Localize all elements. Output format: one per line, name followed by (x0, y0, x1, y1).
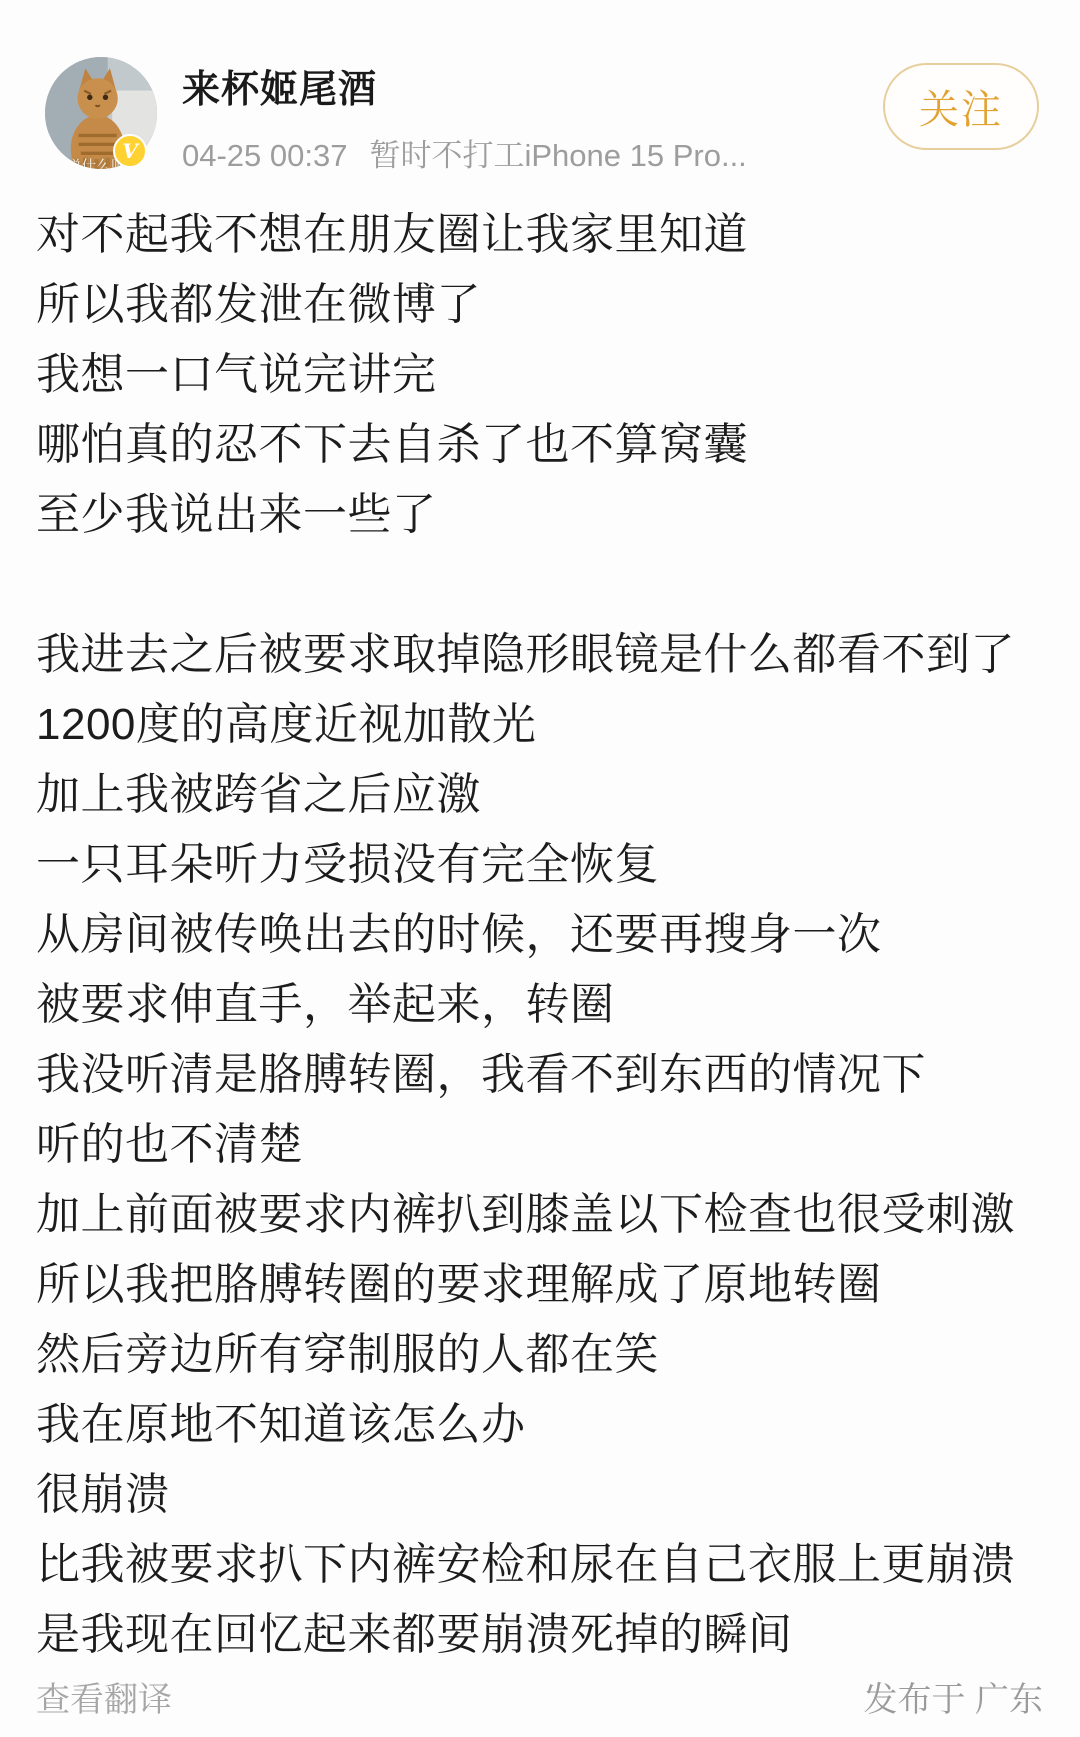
post-text-line: 是我现在回忆起来都要崩溃死掉的瞬间 (36, 1604, 1050, 1674)
posted-from-location: 发布于 广东 (864, 1672, 1043, 1721)
weibo-post: 说什么呢 V 来杯姬尾酒 04-25 00:37暂时不打工iPhone 15 P… (0, 0, 1080, 1737)
post-text-line: 从房间被传唤出去的时候，还要再搜身一次 (36, 904, 1050, 974)
post-text-line: 听的也不清楚 (36, 1114, 1050, 1184)
post-footer: 查看翻译 发布于 广东 (36, 1672, 1043, 1721)
verified-badge-letter: V (122, 139, 138, 163)
verified-badge-icon: V (113, 134, 147, 168)
post-text-line: 比我被要求扒下内裤安检和尿在自己衣服上更崩溃 (36, 1534, 1050, 1604)
post-meta: 04-25 00:37暂时不打工iPhone 15 Pro... (182, 130, 747, 175)
post-text-line: 我在原地不知道该怎么办 (36, 1394, 1050, 1464)
post-text-line: 很崩溃 (36, 1464, 1050, 1534)
timestamp: 04-25 00:37 (182, 138, 347, 173)
post-text-line-blank (36, 554, 1050, 624)
post-text-line: 所以我都发泄在微博了 (36, 274, 1050, 344)
post-text-line: 我没听清是胳膊转圈，我看不到东西的情况下 (36, 1044, 1050, 1114)
view-translation-link[interactable]: 查看翻译 (36, 1672, 172, 1721)
follow-button[interactable]: 关注 (883, 63, 1039, 150)
post-text-line: 1200度的高度近视加散光 (36, 694, 1050, 764)
post-text-line: 一只耳朵听力受损没有完全恢复 (36, 834, 1050, 904)
post-text-line: 加上我被跨省之后应激 (36, 764, 1050, 834)
post-text-line: 哪怕真的忍不下去自杀了也不算窝囊 (36, 414, 1050, 484)
post-text-line: 我想一口气说完讲完 (36, 344, 1050, 414)
post-text-line: 对不起我不想在朋友圈让我家里知道 (36, 204, 1050, 274)
post-text-line: 至少我说出来一些了 (36, 484, 1050, 554)
follow-button-label: 关注 (919, 78, 1003, 135)
post-text-line: 加上前面被要求内裤扒到膝盖以下检查也很受刺激 (36, 1184, 1050, 1254)
post-text-line: 所以我把胳膊转圈的要求理解成了原地转圈 (36, 1254, 1050, 1324)
post-text-line: 被要求伸直手，举起来，转圈 (36, 974, 1050, 1044)
post-text-line: 然后旁边所有穿制服的人都在笑 (36, 1324, 1050, 1394)
username[interactable]: 来杯姬尾酒 (182, 58, 377, 113)
post-text-line: 我进去之后被要求取掉隐形眼镜是什么都看不到了 (36, 624, 1050, 694)
post-source[interactable]: 暂时不打工iPhone 15 Pro... (369, 138, 746, 173)
post-text: 对不起我不想在朋友圈让我家里知道 所以我都发泄在微博了 我想一口气说完讲完 哪怕… (36, 204, 1050, 1674)
